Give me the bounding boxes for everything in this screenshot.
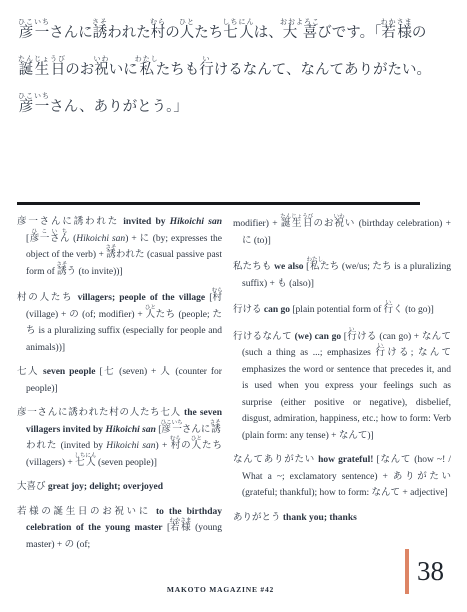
text-segment: 彦一さんひこいち [29, 234, 70, 244]
text-segment: 七人しちにん [223, 25, 254, 41]
text-segment: 人ひと [180, 25, 195, 41]
text-segment: can go [264, 305, 290, 315]
text-segment: (village) + の (of; modifier) + [26, 310, 146, 320]
furigana: ひと [179, 18, 195, 26]
text-segment: 大喜おおよろこ [283, 25, 318, 41]
text-segment: たち [194, 25, 223, 41]
text-segment: Hikoichi san [106, 441, 155, 451]
text-segment: 誕生日たんじょうび [281, 219, 313, 229]
vocab-entry: なんてありがたい how grateful! [なんて (how ~! / Wh… [233, 452, 451, 502]
furigana: い [376, 343, 386, 349]
furigana: むら [170, 436, 181, 442]
vocab-entry: 私たちも we also [私わたしたち (we/us; たち is a plu… [233, 257, 451, 292]
section-divider [17, 202, 420, 205]
page-number: 38 [417, 556, 444, 587]
passage-line: 彦一ひこいちさん、ありがとう。」 [18, 92, 450, 116]
furigana: ひこいち [161, 420, 183, 426]
text-segment: 若様わかさま [170, 523, 191, 533]
furigana: むら [212, 288, 223, 294]
vocab-column-right: modifier) + 誕生日たんじょうびのお祝いわい (birthday ce… [233, 214, 451, 534]
furigana: むら [150, 18, 166, 26]
text-segment: 村むら [171, 441, 181, 451]
text-segment: we also [274, 262, 303, 272]
furigana: ひと [191, 436, 202, 442]
text-segment: さんに [182, 425, 211, 435]
text-segment: なんてありがたい [233, 455, 318, 465]
vocab-entry: 彦一さんに誘われた invited by Hikoichi san [彦一さんひ… [17, 214, 222, 280]
text-segment: 村の人たち [17, 293, 78, 303]
text-segment: ける; なんて emphasizes the word or sentence … [242, 348, 451, 441]
text-segment: 誕生日たんじょうび [18, 62, 65, 78]
furigana: さそ [56, 262, 67, 268]
furigana: おおよろこ [280, 18, 320, 26]
furigana: い [384, 300, 394, 306]
furigana: ひと [145, 305, 156, 311]
text-segment: 行い [384, 305, 394, 315]
furigana: たんじょうび [280, 214, 313, 220]
text-segment: 誘さそ [93, 25, 108, 41]
text-segment: 誘さそ [210, 425, 220, 435]
text-segment: 七人しちにん [75, 458, 96, 468]
text-segment: 誘さそ [106, 250, 116, 260]
text-segment: く (to go)] [393, 305, 434, 315]
text-segment: [plain potential form of [290, 305, 384, 315]
vocab-entry: 行ける can go [plain potential form of 行いく … [233, 300, 451, 319]
text-segment: 行ける [233, 305, 264, 315]
text-segment: modifier) + [233, 219, 281, 229]
text-segment: how grateful! [318, 455, 373, 465]
text-segment: われた [107, 25, 151, 41]
text-segment: 行い [347, 332, 357, 342]
reading-passage: 彦一ひこいちさんに誘さそわれた村むらの人ひとたち七人しちにんは、大喜おおよろこび… [18, 18, 450, 129]
furigana: ひこいち [18, 92, 50, 100]
furigana: たんじょうび [18, 55, 66, 63]
furigana: さそ [210, 420, 221, 426]
text-segment: のお [312, 219, 334, 229]
text-segment: 人ひと [192, 441, 202, 451]
text-segment: 彦一ひこいち [18, 25, 49, 41]
text-segment: いに [109, 62, 138, 78]
vocab-entry: 村の人たち villagers; people of the village [… [17, 288, 222, 356]
text-segment: Hikoichi san [105, 425, 155, 435]
furigana: わかさま [381, 18, 413, 26]
text-segment: great joy; delight; overjoyed [48, 482, 163, 492]
text-segment: のお [65, 62, 94, 78]
text-segment: けるなんて、なんてありがたい。 [214, 62, 431, 78]
text-segment: 若様の誕生日のお祝いに [17, 507, 156, 517]
vocab-entry: 彦一さんに誘われた村の人たち七人 the seven villagers inv… [17, 405, 222, 471]
text-segment: 村むら [212, 293, 222, 303]
text-segment: われた (invited by [26, 441, 106, 451]
vocab-entry: modifier) + 誕生日たんじょうびのお祝いわい (birthday ce… [233, 214, 451, 249]
furigana: さそ [92, 18, 108, 26]
passage-line: 誕生日たんじょうびのお祝いわいに私わたしたちも行いけるなんて、なんてありがたい。 [18, 55, 450, 79]
furigana: い [347, 327, 357, 333]
text-segment: の [412, 25, 427, 41]
magazine-footer-label: MAKOTO MAGAZINE #42 [0, 585, 441, 594]
text-segment: の [165, 25, 180, 41]
text-segment: ) + [156, 441, 171, 451]
text-segment: の [180, 441, 191, 451]
furigana: いわ [94, 55, 110, 63]
text-segment: 私たちも [233, 262, 274, 272]
text-segment: (seven people)] [96, 458, 157, 468]
text-segment: 七人 [17, 367, 43, 377]
furigana: わたし [306, 257, 323, 263]
text-segment: Hikoichi san [170, 217, 222, 227]
text-segment: びです。「 [317, 25, 381, 41]
text-segment: 村むら [151, 25, 166, 41]
furigana: しちにん [223, 18, 255, 26]
furigana: いわ [334, 214, 345, 220]
vocab-column-left: 彦一さんに誘われた invited by Hikoichi san [彦一さんひ… [17, 214, 222, 561]
furigana: ひこいち [29, 229, 69, 235]
text-segment: 彦一さんに誘われた村の人たち七人 [17, 408, 184, 418]
text-segment: invited by [123, 217, 169, 227]
text-segment: 大喜び [17, 482, 48, 492]
text-segment: 彦一ひこいち [161, 425, 182, 435]
text-segment: たちも [156, 62, 200, 78]
vocab-entry: ありがとう thank you; thanks [233, 510, 451, 527]
text-segment: 私わたし [309, 262, 320, 272]
text-segment: 行い [376, 348, 388, 358]
text-segment: 若様わかさま [381, 25, 412, 41]
text-segment: は、 [254, 25, 283, 41]
text-segment: 人ひと [146, 310, 156, 320]
furigana: さそ [106, 245, 117, 251]
text-segment: 彦一ひこいち [18, 99, 49, 115]
text-segment: 私わたし [138, 62, 156, 78]
vocab-entry: 七人 seven people [七 (seven) + 人 (counter … [17, 364, 222, 397]
text-segment: さん、ありがとう。」 [49, 99, 188, 115]
text-segment: villagers; people of the village [78, 293, 205, 303]
text-segment: 彦一さんに誘われた [17, 217, 123, 227]
text-segment: さんに [49, 25, 93, 41]
text-segment: 誘さそ [57, 267, 67, 277]
text-segment: (we) can go [295, 332, 342, 342]
vocab-entry: 行けるなんて (we) can go [行いける (can go) + なんて … [233, 327, 451, 445]
furigana: い [199, 55, 214, 63]
text-segment: う (to invite))] [67, 267, 123, 277]
vocab-entry: 若様の誕生日のお祝いに to the birthday celebration … [17, 504, 222, 554]
text-segment: thank you; thanks [283, 513, 357, 523]
text-segment: 祝いわ [94, 62, 109, 78]
furigana: ひこいち [18, 18, 50, 26]
text-segment: 行い [199, 62, 214, 78]
furigana: しちにん [74, 453, 96, 459]
text-segment: 祝いわ [334, 219, 344, 229]
page-number-accent-bar [405, 549, 409, 594]
furigana: わかさま [169, 518, 191, 524]
text-segment: seven people [43, 367, 95, 377]
vocab-entry: 大喜び great joy; delight; overjoyed [17, 479, 222, 496]
text-segment: 行けるなんて [233, 332, 295, 342]
text-segment: Hikoichi san [76, 234, 125, 244]
passage-line: 彦一ひこいちさんに誘さそわれた村むらの人ひとたち七人しちにんは、大喜おおよろこび… [18, 18, 450, 42]
text-segment: ありがとう [233, 513, 283, 523]
furigana: わたし [135, 55, 159, 63]
